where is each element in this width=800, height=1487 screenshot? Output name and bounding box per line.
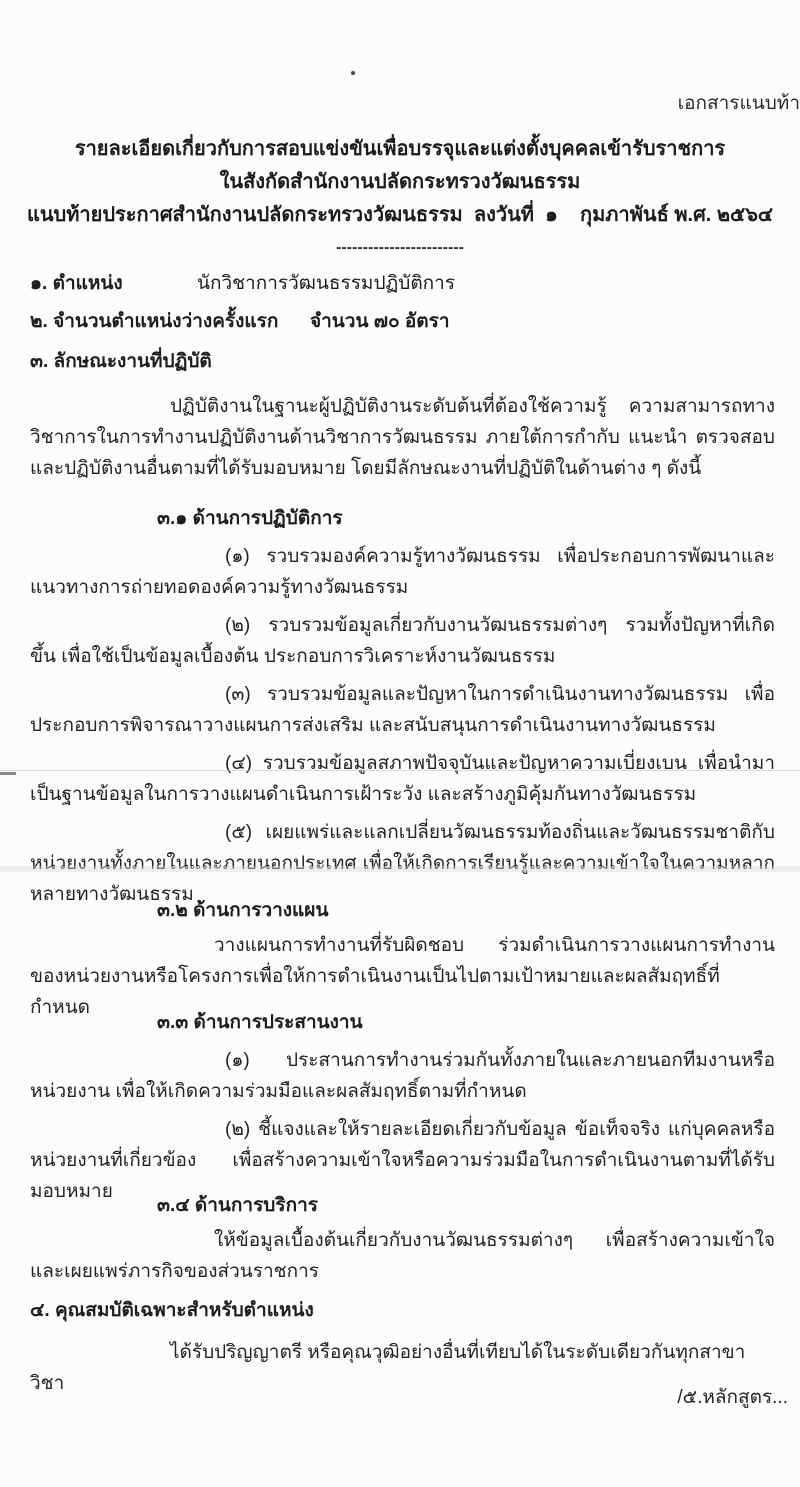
section-operations-item-3: (๓) รวบรวมข้อมูลและปัญหาในการดำเนินงานทา… [30,679,775,741]
section-operations-item-4: (๔) รวบรวมข้อมูลสภาพปัจจุบันและปัญหาความ… [30,748,775,810]
section-service-body: ให้ข้อมูลเบื้องต้นเกี่ยวกับงานวัฒนธรรมต่… [30,1225,775,1287]
qualification-heading: ๔. คุณสมบัติเฉพาะสำหรับตำแหน่ง [30,1295,314,1326]
position-value: นักวิชาการวัฒนธรรมปฏิบัติการ [197,273,455,294]
document-title: รายละเอียดเกี่ยวกับการสอบแข่งขันเพื่อบรร… [0,133,800,232]
duties-intro-paragraph: ปฏิบัติงานในฐานะผู้ปฏิบัติงานระดับต้นที่… [30,391,775,484]
title-line-1: รายละเอียดเกี่ยวกับการสอบแข่งขันเพื่อบรร… [0,133,800,166]
duties-heading: ๓. ลักษณะงานที่ปฏิบัติ [30,346,212,377]
section-operations-heading: ๓.๑ ด้านการปฏิบัติการ [157,503,775,534]
section-service: ๓.๔ ด้านการบริการ ให้ข้อมูลเบื้องต้นเกี่… [30,1190,775,1287]
vacancy-field: ๒. จำนวนตำแหน่งว่างครั้งแรกจำนวน ๗๐ อัตร… [30,306,790,337]
section-coordination-item-1: (๑) ประสานการทำงานร่วมกันทั้งภายในและภาย… [30,1045,775,1107]
section-coordination: ๓.๓ ด้านการประสานงาน (๑) ประสานการทำงานร… [30,1007,775,1207]
position-label: ๑. ตำแหน่ง [30,268,197,299]
qualification-block: ได้รับปริญญาตรี หรือคุณวุฒิอย่างอื่นที่เ… [30,1337,775,1399]
vacancy-value: จำนวน ๗๐ อัตรา [310,311,450,332]
section-service-heading: ๓.๔ ด้านการบริการ [157,1190,775,1221]
section-planning: ๓.๒ ด้านการวางแผน วางแผนการทำงานที่รับผิ… [30,895,775,1023]
section-operations: ๓.๑ ด้านการปฏิบัติการ (๑) รวบรวมองค์ความ… [30,503,775,910]
section-operations-item-2: (๒) รวบรวมข้อมูลเกี่ยวกับงานวัฒนธรรมต่าง… [30,610,775,672]
vacancy-label: ๒. จำนวนตำแหน่งว่างครั้งแรก [30,306,310,337]
scan-artifact-dash [0,772,16,775]
document-page: เอกสารแนบท้า รายละเอียดเกี่ยวกับการสอบแข… [0,0,800,1487]
scan-artifact-line [0,770,800,771]
section-coordination-heading: ๓.๓ ด้านการประสานงาน [157,1007,775,1038]
title-line-2: ในสังกัดสำนักงานปลัดกระทรวงวัฒนธรรม [0,166,800,199]
scan-speck [351,71,355,75]
section-operations-item-1: (๑) รวบรวมองค์ความรู้ทางวัฒนธรรม เพื่อปร… [30,541,775,603]
section-planning-heading: ๓.๒ ด้านการวางแผน [157,895,775,926]
duties-intro-block: ปฏิบัติงานในฐานะผู้ปฏิบัติงานระดับต้นที่… [30,391,775,484]
qualification-paragraph: ได้รับปริญญาตรี หรือคุณวุฒิอย่างอื่นที่เ… [30,1337,775,1399]
scan-artifact-band [0,866,800,872]
divider-dashes: ------------------------ [0,232,800,263]
corner-note: เอกสารแนบท้า [678,88,800,119]
title-line-3: แนบท้ายประกาศสำนักงานปลัดกระทรวงวัฒนธรรม… [0,199,800,232]
page-continuation-note: /๕.หลักสูตร... [677,1382,788,1413]
position-field: ๑. ตำแหน่งนักวิชาการวัฒนธรรมปฏิบัติการ [30,268,790,299]
